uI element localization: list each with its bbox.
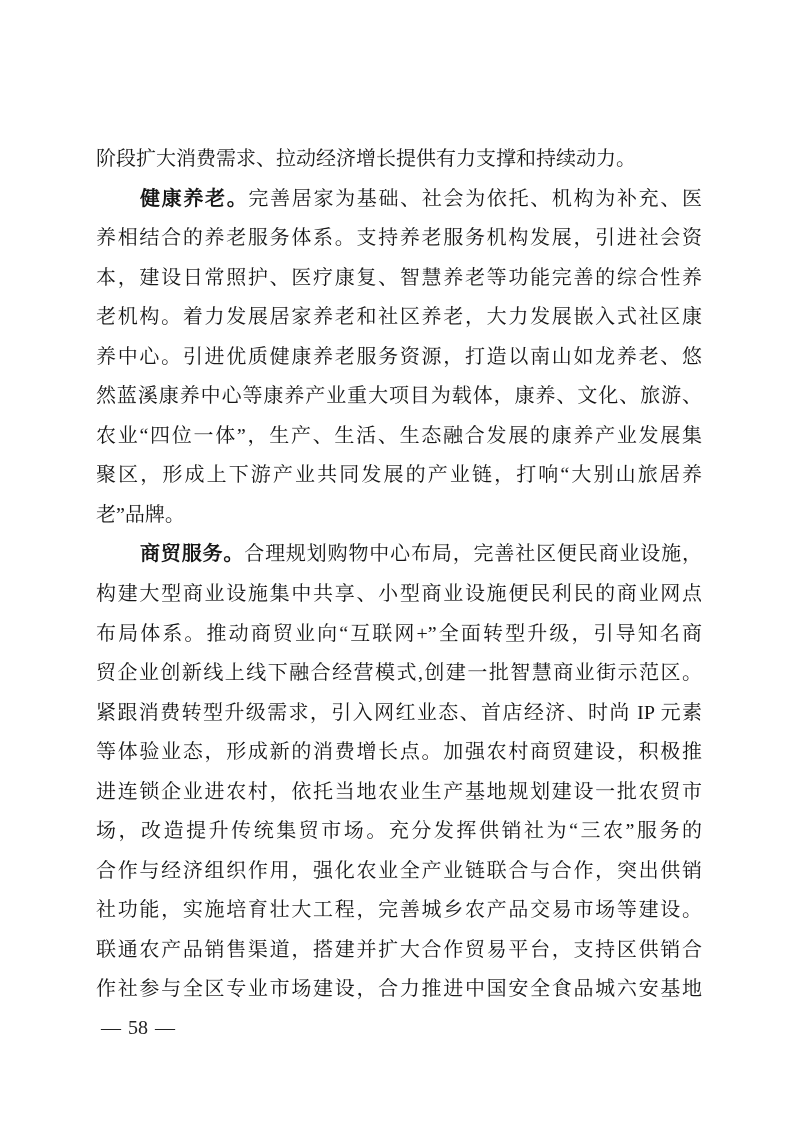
- text-line: 老机构。着力发展居家养老和社区养老，大力发展嵌入式社区康: [96, 298, 702, 338]
- text-line: 合作与经济组织作用，强化农业全产业链联合与合作，突出供销: [96, 852, 702, 892]
- text-line: 贸企业创新线上线下融合经营模式,创建一批智慧商业街示范区。: [96, 654, 702, 694]
- text-line: 等体验业态，形成新的消费增长点。加强农村商贸建设，积极推: [96, 733, 702, 773]
- text-line: 布局体系。推动商贸业向“互联网+”全面转型升级，引导知名商: [96, 615, 702, 655]
- paragraph-lead: 健康养老。: [140, 188, 248, 210]
- text-line: 农业“四位一体”，生产、生活、生态融合发展的康养产业发展集: [96, 417, 702, 457]
- page-footer: —58—: [101, 1015, 175, 1041]
- text-line: 然蓝溪康养中心等康养产业重大项目为载体，康养、文化、旅游、: [96, 377, 702, 417]
- text-line: 养中心。引进优质健康养老服务资源，打造以南山如龙养老、悠: [96, 338, 702, 378]
- document-body: 阶段扩大消费需求、拉动经济增长提供有力支撑和持续动力。健康养老。完善居家为基础、…: [96, 140, 702, 1010]
- text-line: 商贸服务。合理规划购物中心布局，完善社区便民商业设施，: [96, 535, 702, 575]
- text-line: 社功能，实施培育壮大工程，完善城乡农产品交易市场等建设。: [96, 891, 702, 931]
- line-text: 合理规划购物中心布局，完善社区便民商业设施，: [244, 543, 702, 565]
- footer-dash-left: —: [101, 1015, 121, 1041]
- text-line: 阶段扩大消费需求、拉动经济增长提供有力支撑和持续动力。: [96, 140, 702, 180]
- paragraph-lead: 商贸服务。: [140, 543, 244, 565]
- line-text: 完善居家为基础、社会为依托、机构为补充、医: [248, 188, 702, 210]
- text-line: 聚区，形成上下游产业共同发展的产业链，打响“大别山旅居养: [96, 456, 702, 496]
- text-line: 养相结合的养老服务体系。支持养老服务机构发展，引进社会资: [96, 219, 702, 259]
- text-line: 作社参与全区专业市场建设，合力推进中国安全食品城六安基地: [96, 970, 702, 1010]
- text-line: 联通农产品销售渠道，搭建并扩大合作贸易平台，支持区供销合: [96, 931, 702, 971]
- text-line: 健康养老。完善居家为基础、社会为依托、机构为补充、医: [96, 180, 702, 220]
- text-line: 场，改造提升传统集贸市场。充分发挥供销社为“三农”服务的: [96, 812, 702, 852]
- text-line: 老”品牌。: [96, 496, 702, 536]
- text-line: 构建大型商业设施集中共享、小型商业设施便民利民的商业网点: [96, 575, 702, 615]
- page-number: 58: [128, 1015, 148, 1041]
- document-page: 阶段扩大消费需求、拉动经济增长提供有力支撑和持续动力。健康养老。完善居家为基础、…: [0, 0, 793, 1122]
- text-line: 紧跟消费转型升级需求，引入网红业态、首店经济、时尚 IP 元素: [96, 694, 702, 734]
- text-line: 进连锁企业进农村，依托当地农业生产基地规划建设一批农贸市: [96, 773, 702, 813]
- footer-dash-right: —: [155, 1015, 175, 1041]
- text-line: 本，建设日常照护、医疗康复、智慧养老等功能完善的综合性养: [96, 259, 702, 299]
